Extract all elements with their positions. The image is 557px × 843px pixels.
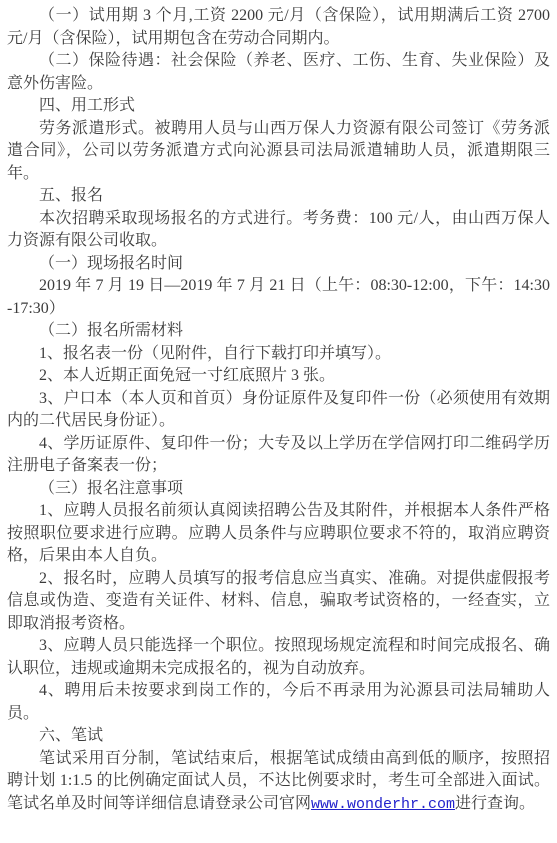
subsection-heading: （三）报名注意事项 [7,478,550,501]
paragraph: 1、报名表一份（见附件，自行下载打印并填写）。 [7,343,550,366]
company-website-link[interactable]: www.wonderhr.com [311,796,455,813]
paragraph: 笔试采用百分制，笔试结束后，根据笔试成绩由高到低的顺序，按照招聘计划 1:1.5… [7,748,550,817]
paragraph: （一）试用期 3 个月,工资 2200 元/月（含保险），试用期满后工资 270… [7,5,550,50]
section-heading: 五、报名 [7,185,550,208]
paragraph: （二）保险待遇：社会保险（养老、医疗、工伤、生育、失业保险）及意外伤害险。 [7,50,550,95]
section-heading: 四、用工形式 [7,95,550,118]
paragraph: 4、聘用后未按要求到岗工作的，今后不再录用为沁源县司法局辅助人员。 [7,680,550,725]
paragraph: 劳务派遣形式。被聘用人员与山西万保人力资源有限公司签订《劳务派遣合同》，公司以劳… [7,118,550,186]
paragraph: 3、户口本（本人页和首页）身份证原件及复印件一份（必须使用有效期内的二代居民身份… [7,388,550,433]
paragraph: 2、报名时，应聘人员填写的报考信息应当真实、准确。对提供虚假报考信息或伪造、变造… [7,568,550,636]
section-heading: 六、笔试 [7,725,550,748]
paragraph: 2019 年 7 月 19 日—2019 年 7 月 21 日（上午：08:30… [7,275,550,320]
paragraph: 本次招聘采取现场报名的方式进行。考务费：100 元/人，由山西万保人力资源有限公… [7,208,550,253]
paragraph: 3、应聘人员只能选择一个职位。按照现场规定流程和时间完成报名、确认职位，违规或逾… [7,635,550,680]
paragraph: 1、应聘人员报名前须认真阅读招聘公告及其附件，并根据本人条件严格按照职位要求进行… [7,500,550,568]
document-body: （一）试用期 3 个月,工资 2200 元/月（含保险），试用期满后工资 270… [0,0,557,843]
paragraph-text: 进行查询。 [455,795,535,812]
paragraph: 2、本人近期正面免冠一寸红底照片 3 张。 [7,365,550,388]
paragraph: 4、学历证原件、复印件一份；大专及以上学历在学信网打印二维码学历注册电子备案表一… [7,433,550,478]
subsection-heading: （二）报名所需材料 [7,320,550,343]
subsection-heading: （一）现场报名时间 [7,253,550,276]
